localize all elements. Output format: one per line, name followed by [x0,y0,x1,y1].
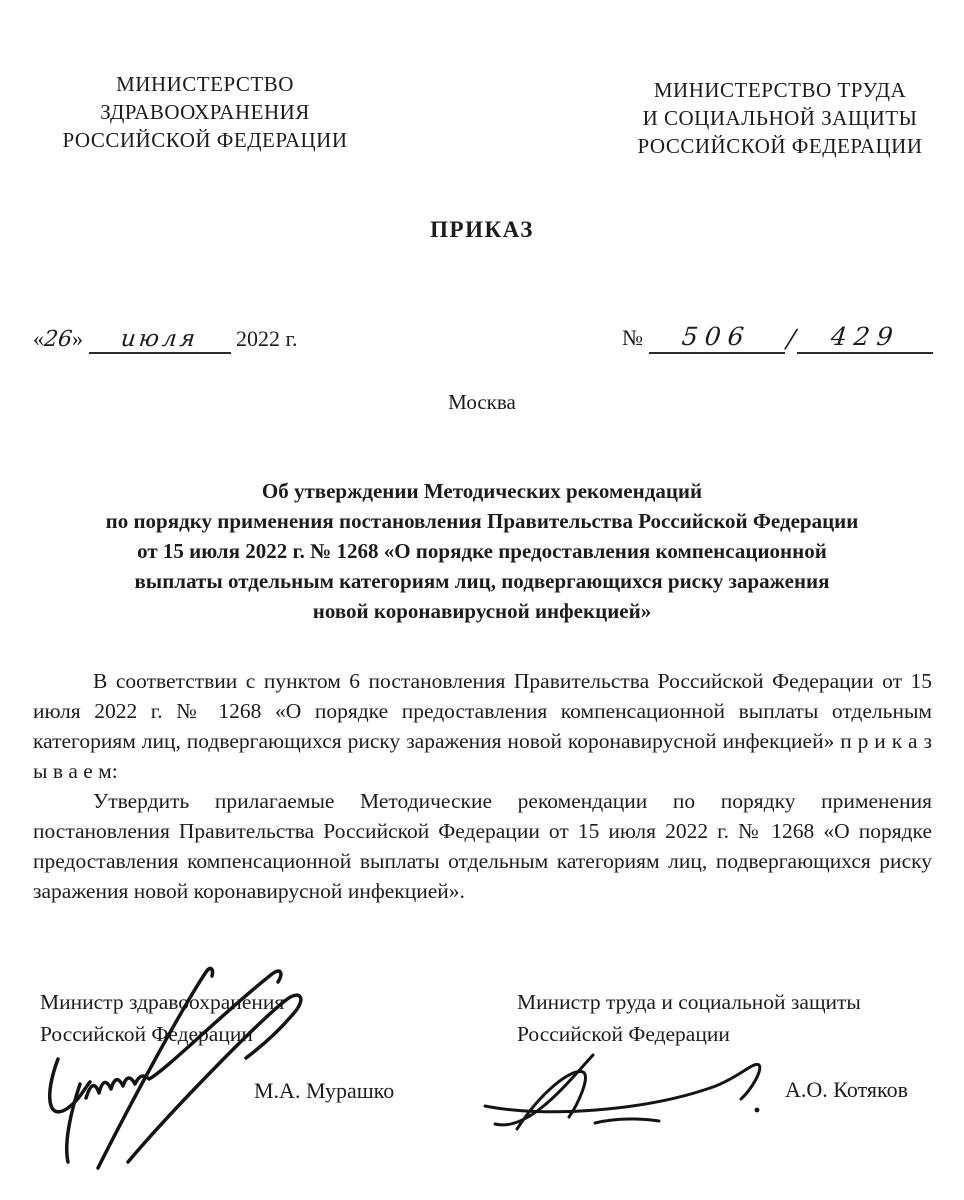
date-line: «26» июля 2022 г. [33,326,298,354]
title-line: выплаты отдельным категориям лиц, подвер… [20,566,944,596]
header-line: И СОЦИАЛЬНОЙ ЗАЩИТЫ [608,104,952,132]
ministry-health-header: МИНИСТЕРСТВО ЗДРАВООХРАНЕНИЯ РОССИЙСКОЙ … [38,70,372,154]
number-sign: № [622,325,643,350]
position-line: Министр здравоохранения [40,986,370,1018]
signature-left-name: М.А. Мурашко [254,1078,394,1104]
number-separator: / [783,324,798,353]
document-type-title: ПРИКАЗ [10,217,954,243]
document-page: МИНИСТЕРСТВО ЗДРАВООХРАНЕНИЯ РОССИЙСКОЙ … [0,0,964,1200]
city-name: Москва [10,390,954,415]
date-month-handwritten: июля [120,326,200,352]
title-line: от 15 июля 2022 г. № 1268 «О порядке пре… [20,536,944,566]
signature-kotyakov [483,1042,783,1138]
position-line: Министр труда и социальной защиты [517,986,947,1018]
date-year: 2022 г. [236,326,298,351]
paragraph-resolution: Утвердить прилагаемые Методические реком… [33,786,932,906]
paragraph-preamble: В соответствии с пунктом 6 постановления… [33,666,932,786]
document-body: В соответствии с пунктом 6 постановления… [33,666,932,906]
order-number-line: № 506/429 [622,322,933,354]
document-title: Об утверждении Методических рекомендаций… [20,476,944,626]
title-line: по порядку применения постановления Прав… [20,506,944,536]
signature-right-name: А.О. Котяков [785,1077,908,1103]
header-line: МИНИСТЕРСТВО [38,70,372,98]
position-line: Российской Федерации [517,1018,947,1050]
title-line: Об утверждении Методических рекомендаций [20,476,944,506]
signature-left-position: Министр здравоохранения Российской Федер… [40,986,370,1050]
header-line: ЗДРАВООХРАНЕНИЯ [38,98,372,126]
signature-right-position: Министр труда и социальной защиты Россий… [517,986,947,1050]
order-number-second-handwritten: 429 [829,322,901,351]
position-line: Российской Федерации [40,1018,370,1050]
date-day-handwritten: 26 [43,327,74,352]
header-line: РОССИЙСКОЙ ФЕДЕРАЦИИ [608,132,952,160]
date-close-quote: » [72,326,83,351]
header-line: РОССИЙСКОЙ ФЕДЕРАЦИИ [38,126,372,154]
ministry-labor-header: МИНИСТЕРСТВО ТРУДА И СОЦИАЛЬНОЙ ЗАЩИТЫ Р… [608,76,952,160]
title-line: новой коронавирусной инфекцией» [20,596,944,626]
order-number-second-field: 429 [797,322,933,354]
date-month-field: июля [89,326,231,354]
order-number-first-handwritten: 506 [681,322,753,351]
header-line: МИНИСТЕРСТВО ТРУДА [608,76,952,104]
order-number-first-field: 506 [649,322,785,354]
